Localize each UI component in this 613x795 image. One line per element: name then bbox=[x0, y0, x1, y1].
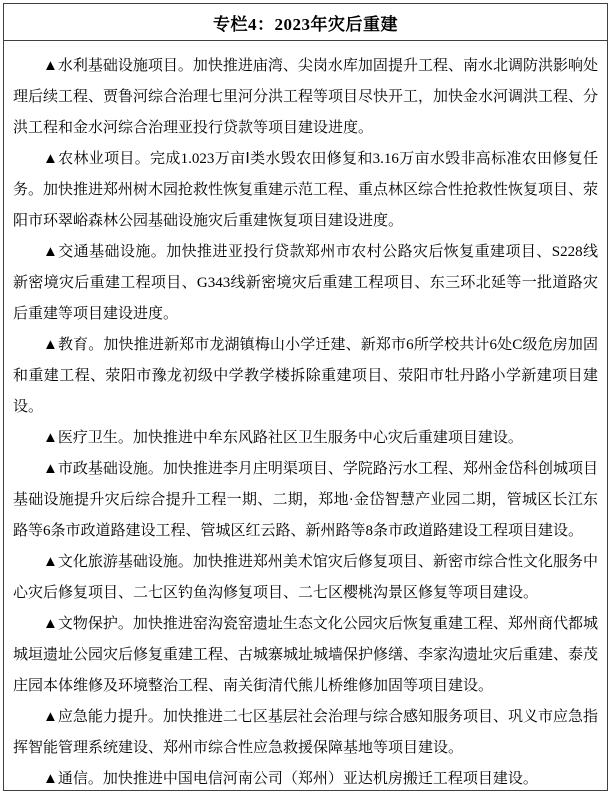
paragraph-transport-infrastructure: ▲交通基础设施。加快推进亚投行贷款郑州市农村公路灾后恢复重建项目、S228线新密… bbox=[13, 237, 598, 330]
paragraph-heritage-protection: ▲文物保护。加快推进窑沟瓷窑遗址生态文化公园灾后恢复重建工程、郑州商代都城城垣遗… bbox=[13, 609, 598, 702]
column-body: ▲水利基础设施项目。加快推进庙湾、尖岗水库加固提升工程、南水北调防洪影响处理后续… bbox=[4, 41, 607, 790]
paragraph-municipal-infrastructure: ▲市政基础设施。加快推进李月庄明渠项目、学院路污水工程、郑州金岱科创城项目基础设… bbox=[13, 454, 598, 547]
paragraph-culture-tourism: ▲文化旅游基础设施。加快推进郑州美术馆灾后修复项目、新密市综合性文化服务中心灾后… bbox=[13, 547, 598, 609]
column-title: 专栏4：2023年灾后重建 bbox=[213, 10, 398, 35]
column-box: 专栏4：2023年灾后重建 ▲水利基础设施项目。加快推进庙湾、尖岗水库加固提升工… bbox=[3, 3, 608, 791]
paragraph-water-infrastructure: ▲水利基础设施项目。加快推进庙湾、尖岗水库加固提升工程、南水北调防洪影响处理后续… bbox=[13, 51, 598, 144]
paragraph-emergency-capability: ▲应急能力提升。加快推进二七区基层社会治理与综合感知服务项目、巩义市应急指挥智能… bbox=[13, 702, 598, 764]
paragraph-agriculture-forestry: ▲农林业项目。完成1.023万亩Ⅰ类水毁农田修复和3.16万亩水毁非高标准农田修… bbox=[13, 144, 598, 237]
column-title-row: 专栏4：2023年灾后重建 bbox=[4, 4, 607, 41]
paragraph-communications: ▲通信。加快推进中国电信河南公司（郑州）亚达机房搬迁工程项目建设。 bbox=[13, 764, 598, 790]
paragraph-education: ▲教育。加快推进新郑市龙湖镇梅山小学迁建、新郑市6所学校共计6处C级危房加固和重… bbox=[13, 330, 598, 423]
paragraph-medical-health: ▲医疗卫生。加快推进中牟东风路社区卫生服务中心灾后重建项目建设。 bbox=[13, 423, 598, 454]
